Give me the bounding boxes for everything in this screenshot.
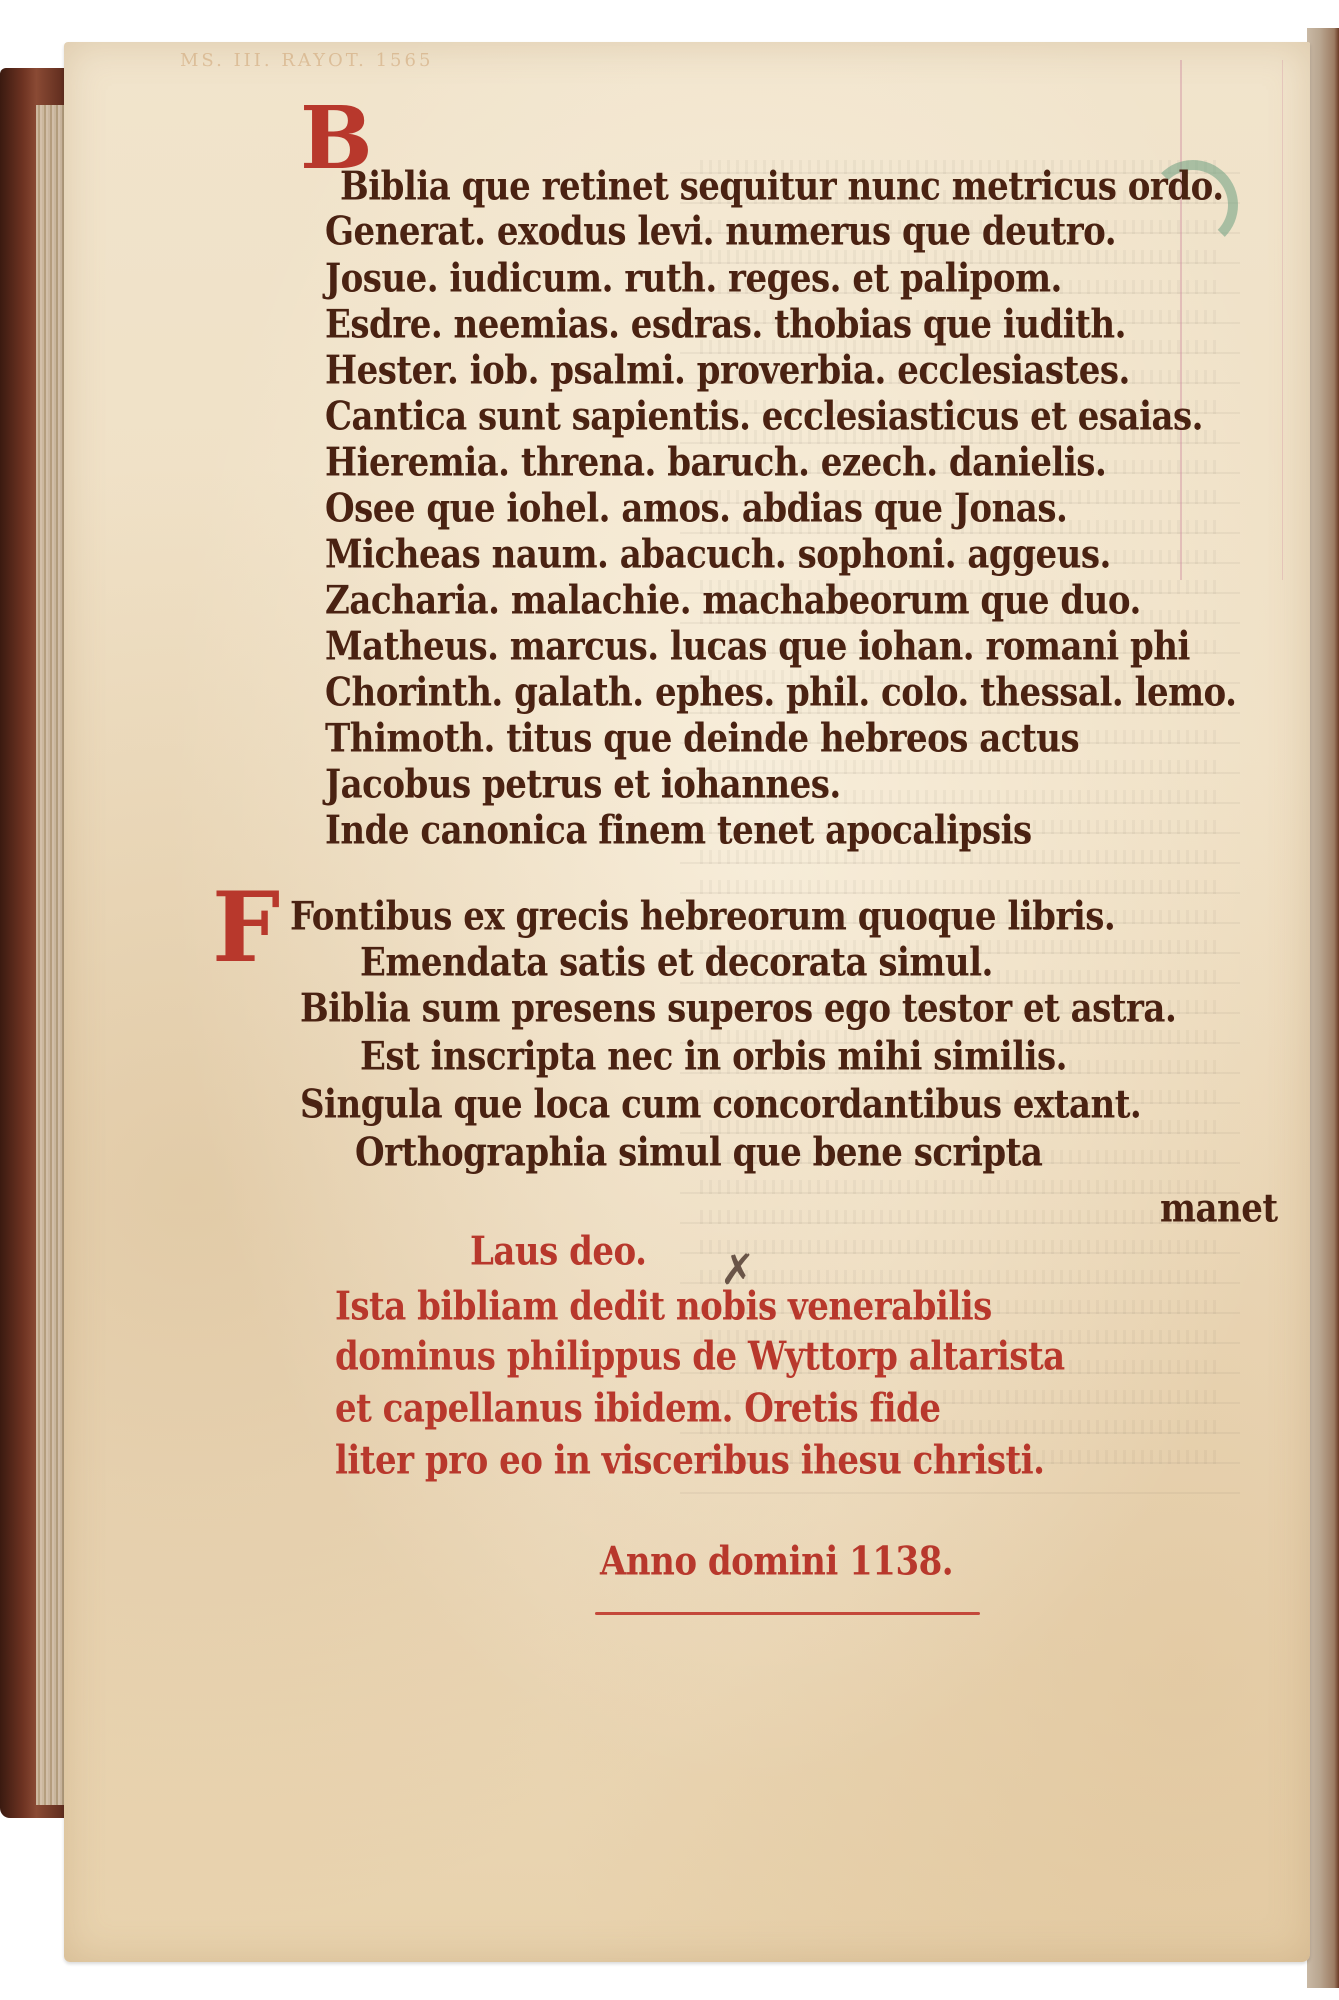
decorated-initial-f: F — [212, 880, 280, 976]
page-edges — [36, 105, 66, 1805]
colophon-line: et capellanus ibidem. Oretis fide — [335, 1386, 940, 1432]
top-edge-stamp: MS. III. RAYOT. 1565 — [180, 50, 460, 74]
verse-line: Biblia que retinet sequitur nunc metricu… — [340, 164, 1224, 210]
facing-page-edge — [1307, 28, 1339, 1988]
verse-line: Thimoth. titus que deinde hebreos actus — [325, 716, 1079, 762]
colophon-line: dominus philippus de Wyttorp altarista — [335, 1334, 1065, 1380]
verse-line: Cantica sunt sapientis. ecclesiasticus e… — [325, 394, 1203, 440]
verse-line-continuation: manet — [1160, 1186, 1278, 1232]
date-underline — [595, 1612, 980, 1615]
verse-line: Esdre. neemias. esdras. thobias que iudi… — [325, 302, 1126, 348]
verse-line: Hieremia. threna. baruch. ezech. danieli… — [325, 440, 1106, 486]
verse-line: Fontibus ex grecis hebreorum quoque libr… — [290, 894, 1115, 940]
marginal-pen-flourish — [1180, 60, 1283, 580]
colophon-line: liter pro eo in visceribus ihesu christi… — [335, 1438, 1045, 1484]
verse-line: Biblia sum presens superos ego testor et… — [300, 986, 1176, 1032]
verse-line: Est inscripta nec in orbis mihi similis. — [360, 1034, 1067, 1080]
verse-line: Hester. iob. psalmi. proverbia. ecclesia… — [325, 348, 1130, 394]
verse-line: Matheus. marcus. lucas que iohan. romani… — [325, 624, 1190, 670]
verse-line: Generat. exodus levi. numerus que deutro… — [325, 209, 1116, 255]
verse-line: Josue. iudicum. ruth. reges. et palipom. — [325, 256, 1062, 302]
colophon-line: Ista bibliam dedit nobis venerabilis — [335, 1284, 992, 1330]
verse-line: Micheas naum. abacuch. sophoni. aggeus. — [325, 532, 1111, 578]
verse-line: Orthographia simul que bene scripta — [355, 1130, 1042, 1176]
verse-line: Chorinth. galath. ephes. phil. colo. the… — [325, 670, 1236, 716]
verse-line: Jacobus petrus et iohannes. — [325, 762, 841, 808]
verse-line: Emendata satis et decorata simul. — [360, 940, 993, 986]
verse-line: Inde canonica finem tenet apocalipsis — [325, 808, 1032, 854]
verse-line: Osee que iohel. amos. abdias que Jonas. — [325, 486, 1067, 532]
verse-line: Zacharia. malachie. machabeorum que duo. — [325, 578, 1141, 624]
verse-line: Singula que loca cum concordantibus exta… — [300, 1082, 1141, 1128]
laus-deo: Laus deo. — [470, 1229, 646, 1275]
colophon-date: Anno domini 1138. — [600, 1539, 953, 1585]
